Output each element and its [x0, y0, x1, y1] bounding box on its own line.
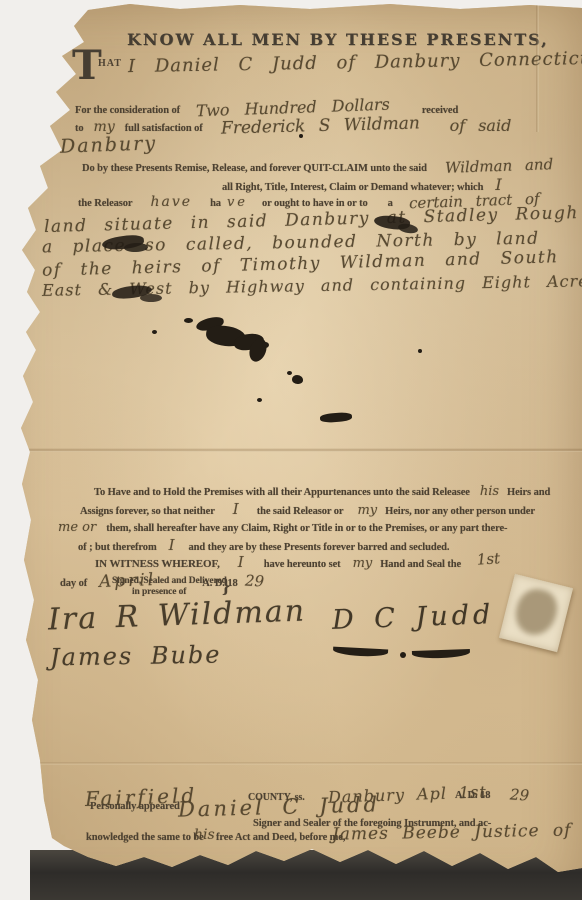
free-act-label: free Act and Deed, before me, — [216, 832, 345, 843]
ought-clause: or ought to have in or to — [262, 198, 368, 209]
quitclaim-line: Do by these Presents Remise, Release, an… — [82, 157, 553, 176]
habendum-text-4a: of ; but therefrom — [78, 542, 157, 553]
witness-signature-2: James Bube — [50, 641, 222, 672]
town-handwriting: Danbury — [60, 132, 158, 157]
grantor-intro-handwriting: I Daniel C Judd of Danbury Connecticut — [128, 48, 582, 77]
consideration-label: For the consideration of — [75, 105, 180, 116]
quitclaim-clause: Do by these Presents Remise, Release, an… — [82, 163, 427, 174]
ack-ad-label: A. D. 18 — [455, 790, 490, 801]
deed-paper: KNOW ALL MEN BY THESE PRESENTS, T HAT I … — [0, 0, 582, 900]
ink-speck — [287, 371, 292, 375]
ink-speck — [299, 134, 303, 138]
habendum-line-1: To Have and to Hold the Premises with al… — [94, 482, 550, 500]
fold-crease-horizontal — [30, 762, 582, 765]
habendum-text-1a: To Have and to Hold the Premises with al… — [94, 487, 470, 498]
i-handwriting-2: I — [233, 500, 239, 518]
grantee-name-handwriting: Frederick S Wildman — [220, 113, 419, 138]
quitclaim-grantee-handwriting: Wildman and — [445, 155, 554, 177]
habendum-text-1b: Heirs and — [507, 487, 550, 498]
signed-sealed-label: Signed, Sealed and Delivered — [112, 576, 227, 586]
grantor-signature: D C Judd — [332, 599, 495, 636]
scanned-deed-page: KNOW ALL MEN BY THESE PRESENTS, T HAT I … — [0, 0, 582, 900]
ink-dash — [320, 412, 353, 423]
ha-print: ha — [210, 198, 221, 209]
his-handwriting-2: his — [194, 827, 215, 843]
have-handwriting: have — [151, 194, 193, 210]
wafer-seal-stain — [511, 585, 561, 639]
my-handwriting-3: my — [353, 556, 373, 571]
i-handwriting-3: I — [169, 536, 175, 554]
to-word: to — [75, 123, 84, 134]
ink-speck — [257, 398, 262, 402]
day-of-label: day of — [60, 578, 87, 589]
presence-of-label: in presence of — [132, 587, 186, 597]
my-handwriting-2: my — [357, 503, 377, 518]
year-handwriting: 29 — [244, 572, 264, 591]
me-or-handwriting: me or — [58, 520, 96, 535]
habendum-text-4b: and they are by these Presents forever b… — [189, 542, 450, 553]
witness-signature-1: Ira R Wildman — [47, 594, 306, 638]
ink-speck — [418, 349, 422, 353]
ve-handwriting: ve — [227, 195, 248, 210]
day-ordinal-handwriting: 1st — [476, 549, 500, 569]
ink-blot — [140, 294, 162, 302]
ink-blot — [262, 342, 269, 348]
justice-signature: James Beebe Justice of Peace — [332, 819, 582, 844]
in-witness-label: IN WITNESS WHEREOF, — [95, 558, 220, 570]
personally-appeared-label: Personally appeared — [90, 801, 180, 812]
of-said-handwriting: of said — [450, 116, 512, 135]
my-handwriting: my — [94, 119, 115, 135]
signature-flourish-right — [412, 649, 470, 659]
ink-speck — [152, 330, 157, 334]
ink-blot — [184, 318, 193, 323]
witness-text-3: Hand and Seal the — [380, 559, 461, 570]
witness-text-2: have hereunto set — [264, 559, 341, 570]
deed-heading: KNOW ALL MEN BY THESE PRESENTS, — [127, 30, 549, 49]
brace-glyph: } — [222, 575, 230, 598]
that-word: HAT — [98, 58, 122, 69]
signature-flourish-left — [333, 647, 388, 658]
wafer-seal — [499, 574, 573, 653]
signature-flourish-dot — [400, 652, 406, 658]
habendum-text-2c: Heirs, nor any other person under — [385, 506, 535, 517]
habendum-line-2: Assigns forever, so that neither I the s… — [80, 500, 535, 519]
habendum-text-2a: Assigns forever, so that neither — [80, 506, 215, 517]
i-handwriting-4: I — [238, 553, 244, 571]
fold-crease-horizontal — [28, 448, 582, 452]
habendum-line-3: me or them, shall hereafter have any Cla… — [58, 518, 507, 536]
ack-year-handwriting: 29 — [509, 785, 529, 804]
knowledged-label: knowledged the same to be — [86, 832, 204, 843]
habendum-text-2b: the said Releasor or — [257, 506, 344, 517]
habendum-text-3: them, shall hereafter have any Claim, Ri… — [106, 523, 507, 534]
his-handwriting: his — [480, 484, 499, 499]
releasor-label: the Releasor — [78, 198, 133, 209]
ink-blot — [292, 375, 303, 384]
received-word: received — [422, 105, 458, 116]
